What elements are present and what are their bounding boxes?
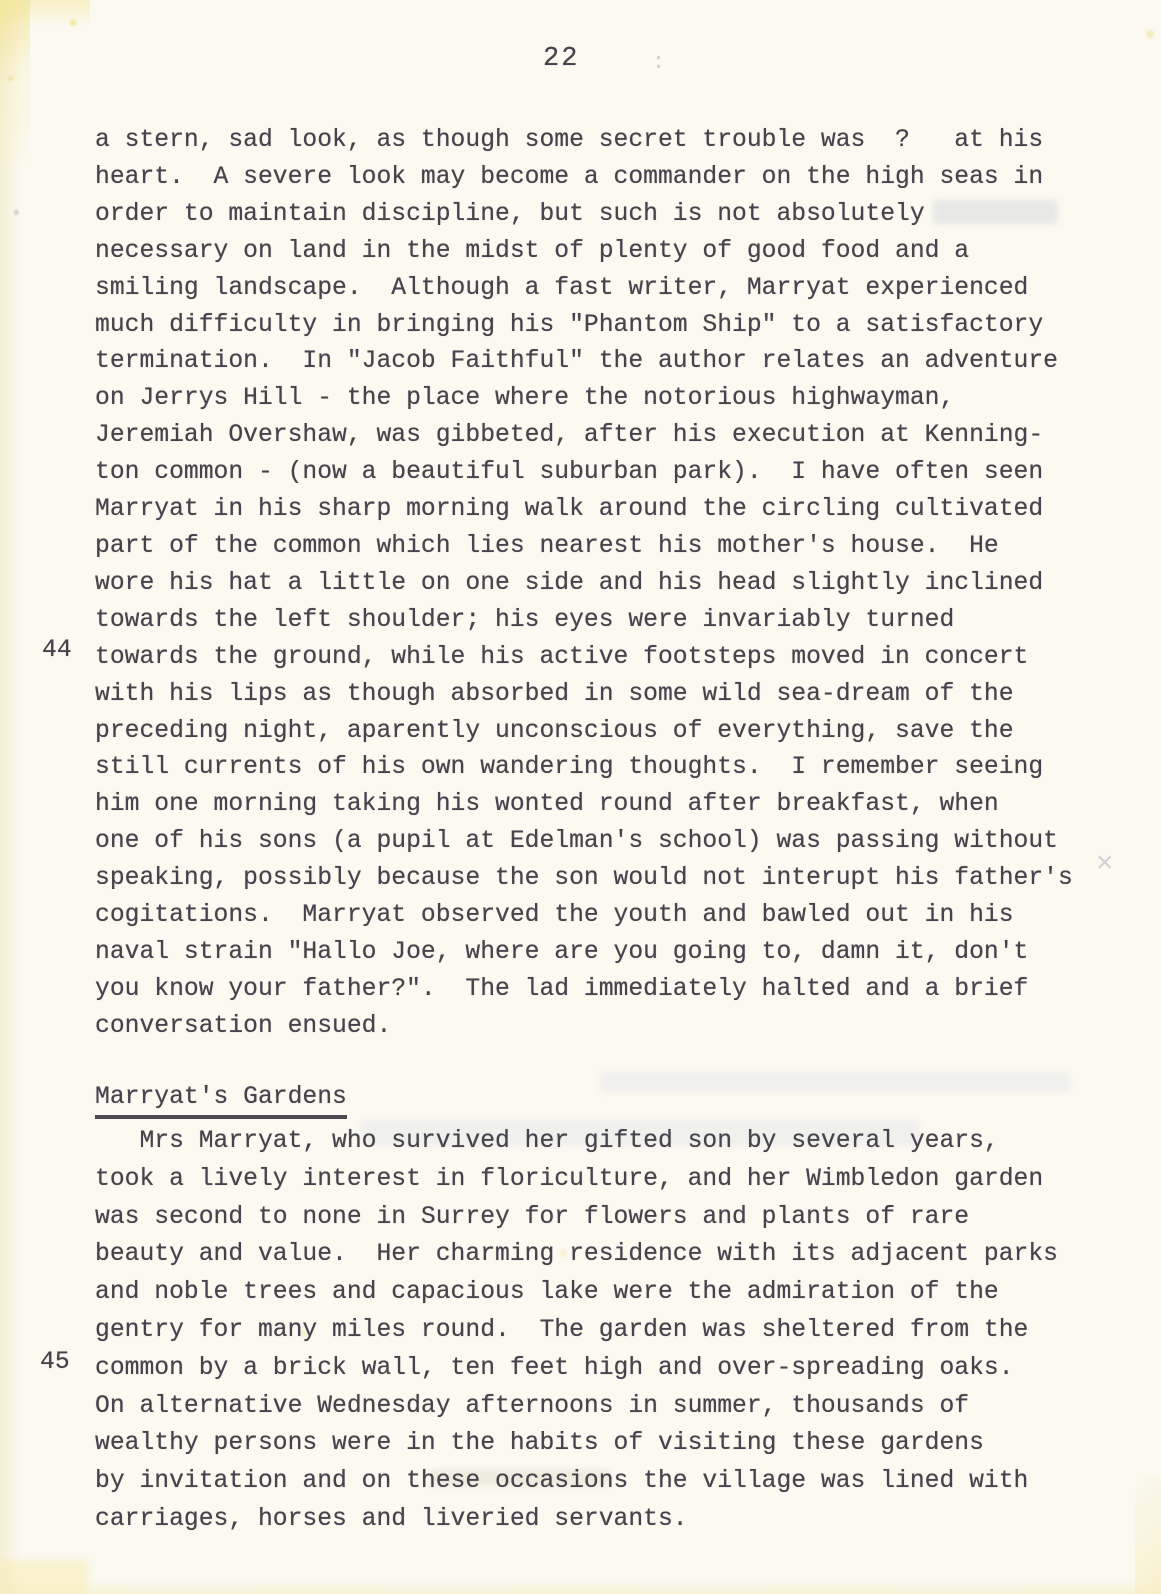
text-line: order to maintain discipline, but such i… [95,196,1073,233]
text-line: towards the ground, while his active foo… [95,639,1073,676]
text-line: wore his hat a little on one side and hi… [95,565,1073,602]
paper-speck [8,76,13,81]
text-line: one of his sons (a pupil at Edelman's sc… [95,823,1073,860]
text-line: common by a brick wall, ten feet high an… [95,1350,1058,1388]
text-line: cogitations. Marryat observed the youth … [95,897,1073,934]
text-line: and noble trees and capacious lake were … [95,1274,1058,1312]
typewritten-page: × : 22 44 45 a stern, sad look, as thoug… [0,0,1161,1594]
margin-line-number-45: 45 [40,1348,70,1376]
ink-ghost-smudge [600,1072,1070,1092]
paper-edge-stain [0,0,22,1594]
paper-speck [14,210,19,215]
paper-edge-stain [0,1580,1161,1594]
page-number: 22 [543,44,579,74]
text-line: necessary on land in the midst of plenty… [95,233,1073,270]
text-line: preceding night, aparently unconscious o… [95,713,1073,750]
text-line: Mrs Marryat, who survived her gifted son… [95,1123,1058,1161]
text-line: carriages, horses and liveried servants. [95,1501,1058,1539]
stray-ink-mark: : [652,50,665,75]
text-line: heart. A severe look may become a comman… [95,159,1073,196]
text-line: termination. In "Jacob Faithful" the aut… [95,343,1073,380]
stray-pencil-mark: × [1096,846,1114,880]
text-line: conversation ensued. [95,1008,1073,1045]
text-line: by invitation and on these occasions the… [95,1463,1058,1501]
paper-stain [0,1560,88,1594]
text-line: part of the common which lies nearest hi… [95,528,1073,565]
paragraph-marryat-anecdotes: a stern, sad look, as though some secret… [95,122,1073,1045]
text-line: wealthy persons were in the habits of vi… [95,1425,1058,1463]
text-line: Jeremiah Overshaw, was gibbeted, after h… [95,417,1073,454]
text-line: you know your father?". The lad immediat… [95,971,1073,1008]
text-line: towards the left shoulder; his eyes were… [95,602,1073,639]
text-line: was second to none in Surrey for flowers… [95,1199,1058,1237]
text-line: On alternative Wednesday afternoons in s… [95,1388,1058,1426]
text-line: with his lips as though absorbed in some… [95,676,1073,713]
text-line: Marryat in his sharp morning walk around… [95,491,1073,528]
paper-speck [70,20,76,26]
text-line: smiling landscape. Although a fast write… [95,270,1073,307]
text-line: still currents of his own wandering thou… [95,749,1073,786]
text-line: him one morning taking his wonted round … [95,786,1073,823]
paper-corner-stain [1135,1474,1161,1594]
text-line: took a lively interest in floriculture, … [95,1161,1058,1199]
section-heading: Marryat's Gardens [95,1083,347,1119]
paper-speck [1146,30,1154,38]
text-line: ton common - (now a beautiful suburban p… [95,454,1073,491]
text-line: naval strain "Hallo Joe, where are you g… [95,934,1073,971]
text-line: much difficulty in bringing his "Phantom… [95,307,1073,344]
text-line: gentry for many miles round. The garden … [95,1312,1058,1350]
text-line: on Jerrys Hill - the place where the not… [95,380,1073,417]
text-line: speaking, possibly because the son would… [95,860,1073,897]
paragraph-marryats-gardens: Mrs Marryat, who survived her gifted son… [95,1123,1058,1539]
paper-corner-stain [0,0,90,26]
text-line: a stern, sad look, as though some secret… [95,122,1073,159]
text-line: beauty and value. Her charming residence… [95,1236,1058,1274]
margin-line-number-44: 44 [42,636,72,664]
